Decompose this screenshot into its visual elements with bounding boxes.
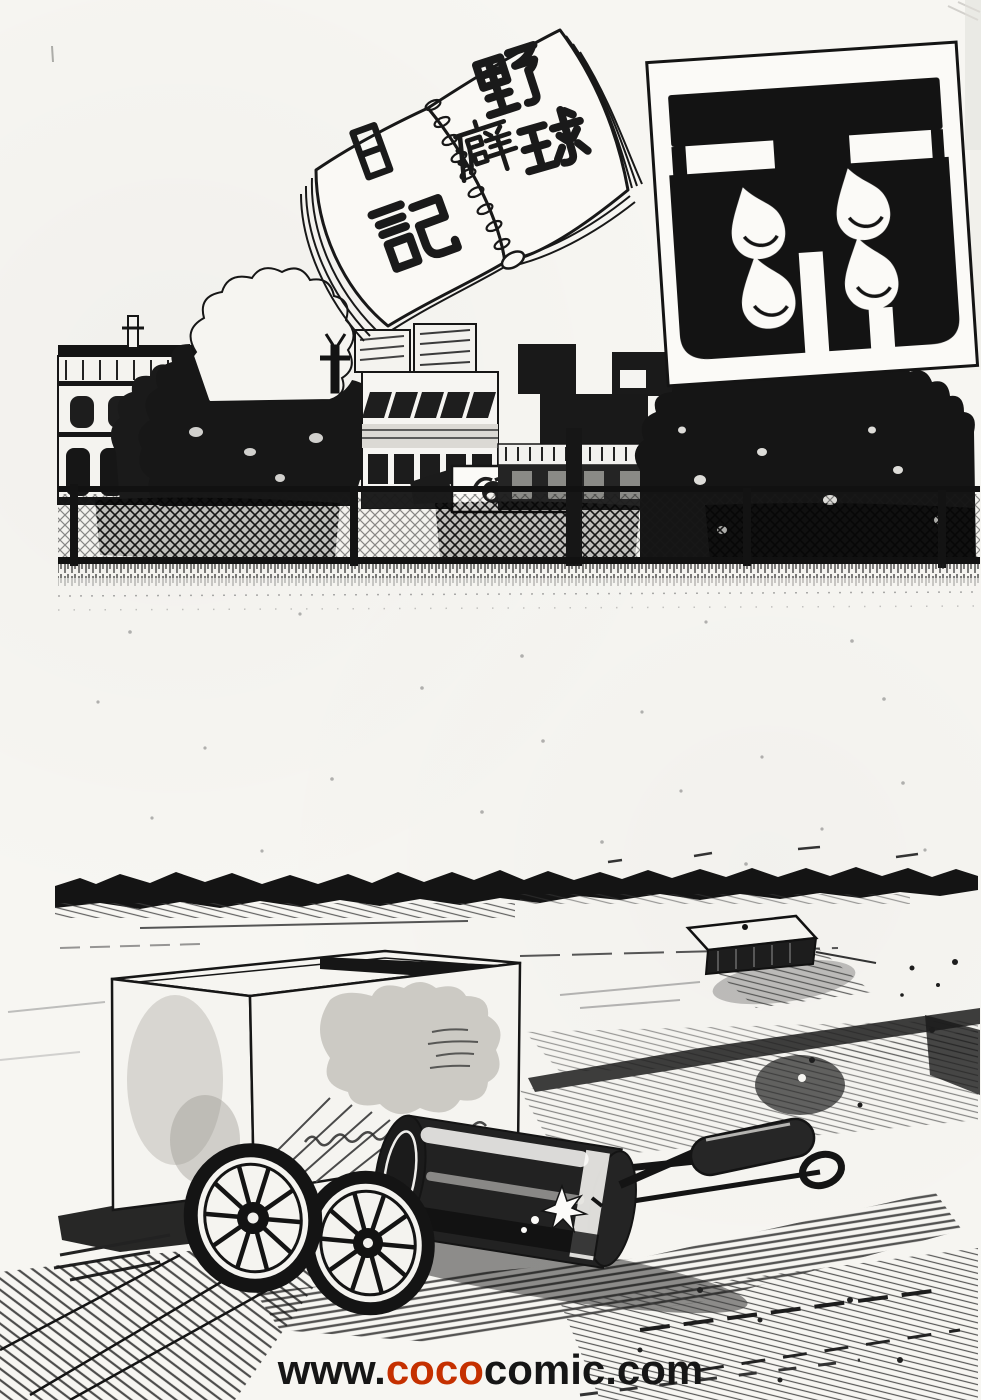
ballfield-specks [96,612,926,865]
manga-page-artwork [0,0,981,1400]
rain-kanji-panel [647,42,978,386]
watermark-suffix: comic.com [484,1346,703,1393]
manga-page: www.cococomic.com 野球癖日記 雨 [0,0,981,1400]
pre-ridge-marks [608,847,918,862]
grass-fringe [58,564,980,578]
watermark-highlight: coco [386,1346,484,1393]
fence-bottom-rail [58,557,980,564]
rain-kanji-emblem [664,77,961,361]
dirt-ridge [55,867,978,956]
watermark-prefix: www. [278,1346,386,1393]
utility-pole [566,428,582,566]
awnings [362,392,496,418]
open-diary-book [301,30,642,341]
fence-top-rail [58,486,980,492]
watermark: www.cococomic.com [0,1346,981,1394]
base-plate [688,916,876,1012]
fence-shadow-patches [95,498,975,561]
tree-canopy-light [188,268,353,402]
